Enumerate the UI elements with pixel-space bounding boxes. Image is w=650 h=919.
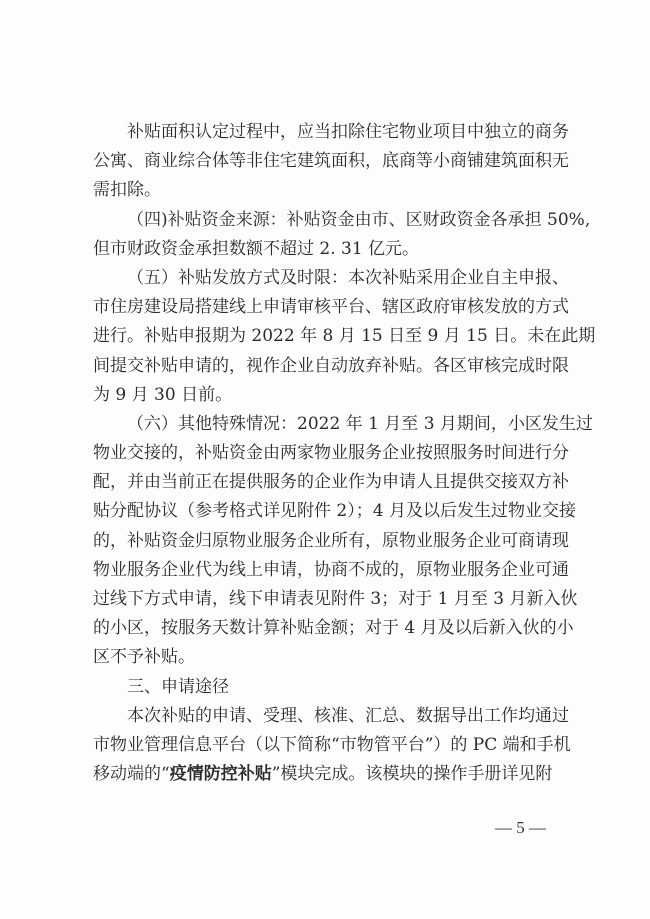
text-line: 为 9 月 30 日前。 <box>93 381 555 410</box>
text-segment: ”模块完成。该模块的操作手册详见附 <box>272 764 553 784</box>
module-name-emphasis: 疫情防控补贴 <box>170 764 272 784</box>
section-heading: 三、申请途径 <box>93 673 555 702</box>
text-line: （六）其他特殊情况：2022 年 1 月至 3 月期间，小区发生过 <box>93 410 555 439</box>
text-line: 贴分配协议（参考格式详见附件 2）；4 月及以后发生过物业交接 <box>93 497 555 526</box>
text-line: 配，并由当前正在提供服务的企业作为申请人且提供交接双方补 <box>93 468 555 497</box>
text-line: 公寓、商业综合体等非住宅建筑面积，底商等小商铺建筑面积无 <box>93 147 555 176</box>
text-line: 需扣除。 <box>93 176 555 205</box>
text-line: 补贴面积认定过程中，应当扣除住宅物业项目中独立的商务 <box>93 118 555 147</box>
text-line: 的，补贴资金归原物业服务企业所有，原物业服务企业可商请现 <box>93 527 555 556</box>
text-line: 市物业管理信息平台（以下简称“市物管平台”）的 PC 端和手机 <box>93 731 555 760</box>
text-line: 物业交接的，补贴资金由两家物业服务企业按照服务时间进行分 <box>93 439 555 468</box>
text-line: （五）补贴发放方式及时限：本次补贴采用企业自主申报、 <box>93 264 555 293</box>
text-line: 进行。补贴申报期为 2022 年 8 月 15 日至 9 月 15 日。未在此期 <box>93 322 555 351</box>
text-line: 区不予补贴。 <box>93 643 555 672</box>
text-segment: 移动端的“ <box>93 764 170 784</box>
text-line: 间提交补贴申请的，视作企业自动放弃补贴。各区审核完成时限 <box>93 352 555 381</box>
text-line: 的小区，按服务天数计算补贴金额；对于 4 月及以后新入伙的小 <box>93 614 555 643</box>
document-body: 补贴面积认定过程中，应当扣除住宅物业项目中独立的商务 公寓、商业综合体等非住宅建… <box>93 118 555 789</box>
page-number: — 5 — <box>495 818 546 838</box>
text-line: 但市财政资金承担数额不超过 2. 31 亿元。 <box>93 235 555 264</box>
text-line: 本次补贴的申请、受理、核准、汇总、数据导出工作均通过 <box>93 702 555 731</box>
text-line: 过线下方式申请，线下申请表见附件 3；对于 1 月至 3 月新入伙 <box>93 585 555 614</box>
text-line: 移动端的“疫情防控补贴”模块完成。该模块的操作手册详见附 <box>93 760 555 789</box>
text-line: 市住房建设局搭建线上申请审核平台、辖区政府审核发放的方式 <box>93 293 555 322</box>
text-line: 物业服务企业代为线上申请，协商不成的，原物业服务企业可通 <box>93 556 555 585</box>
text-line: （四)补贴资金来源：补贴资金由市、区财政资金各承担 50%, <box>93 206 555 235</box>
